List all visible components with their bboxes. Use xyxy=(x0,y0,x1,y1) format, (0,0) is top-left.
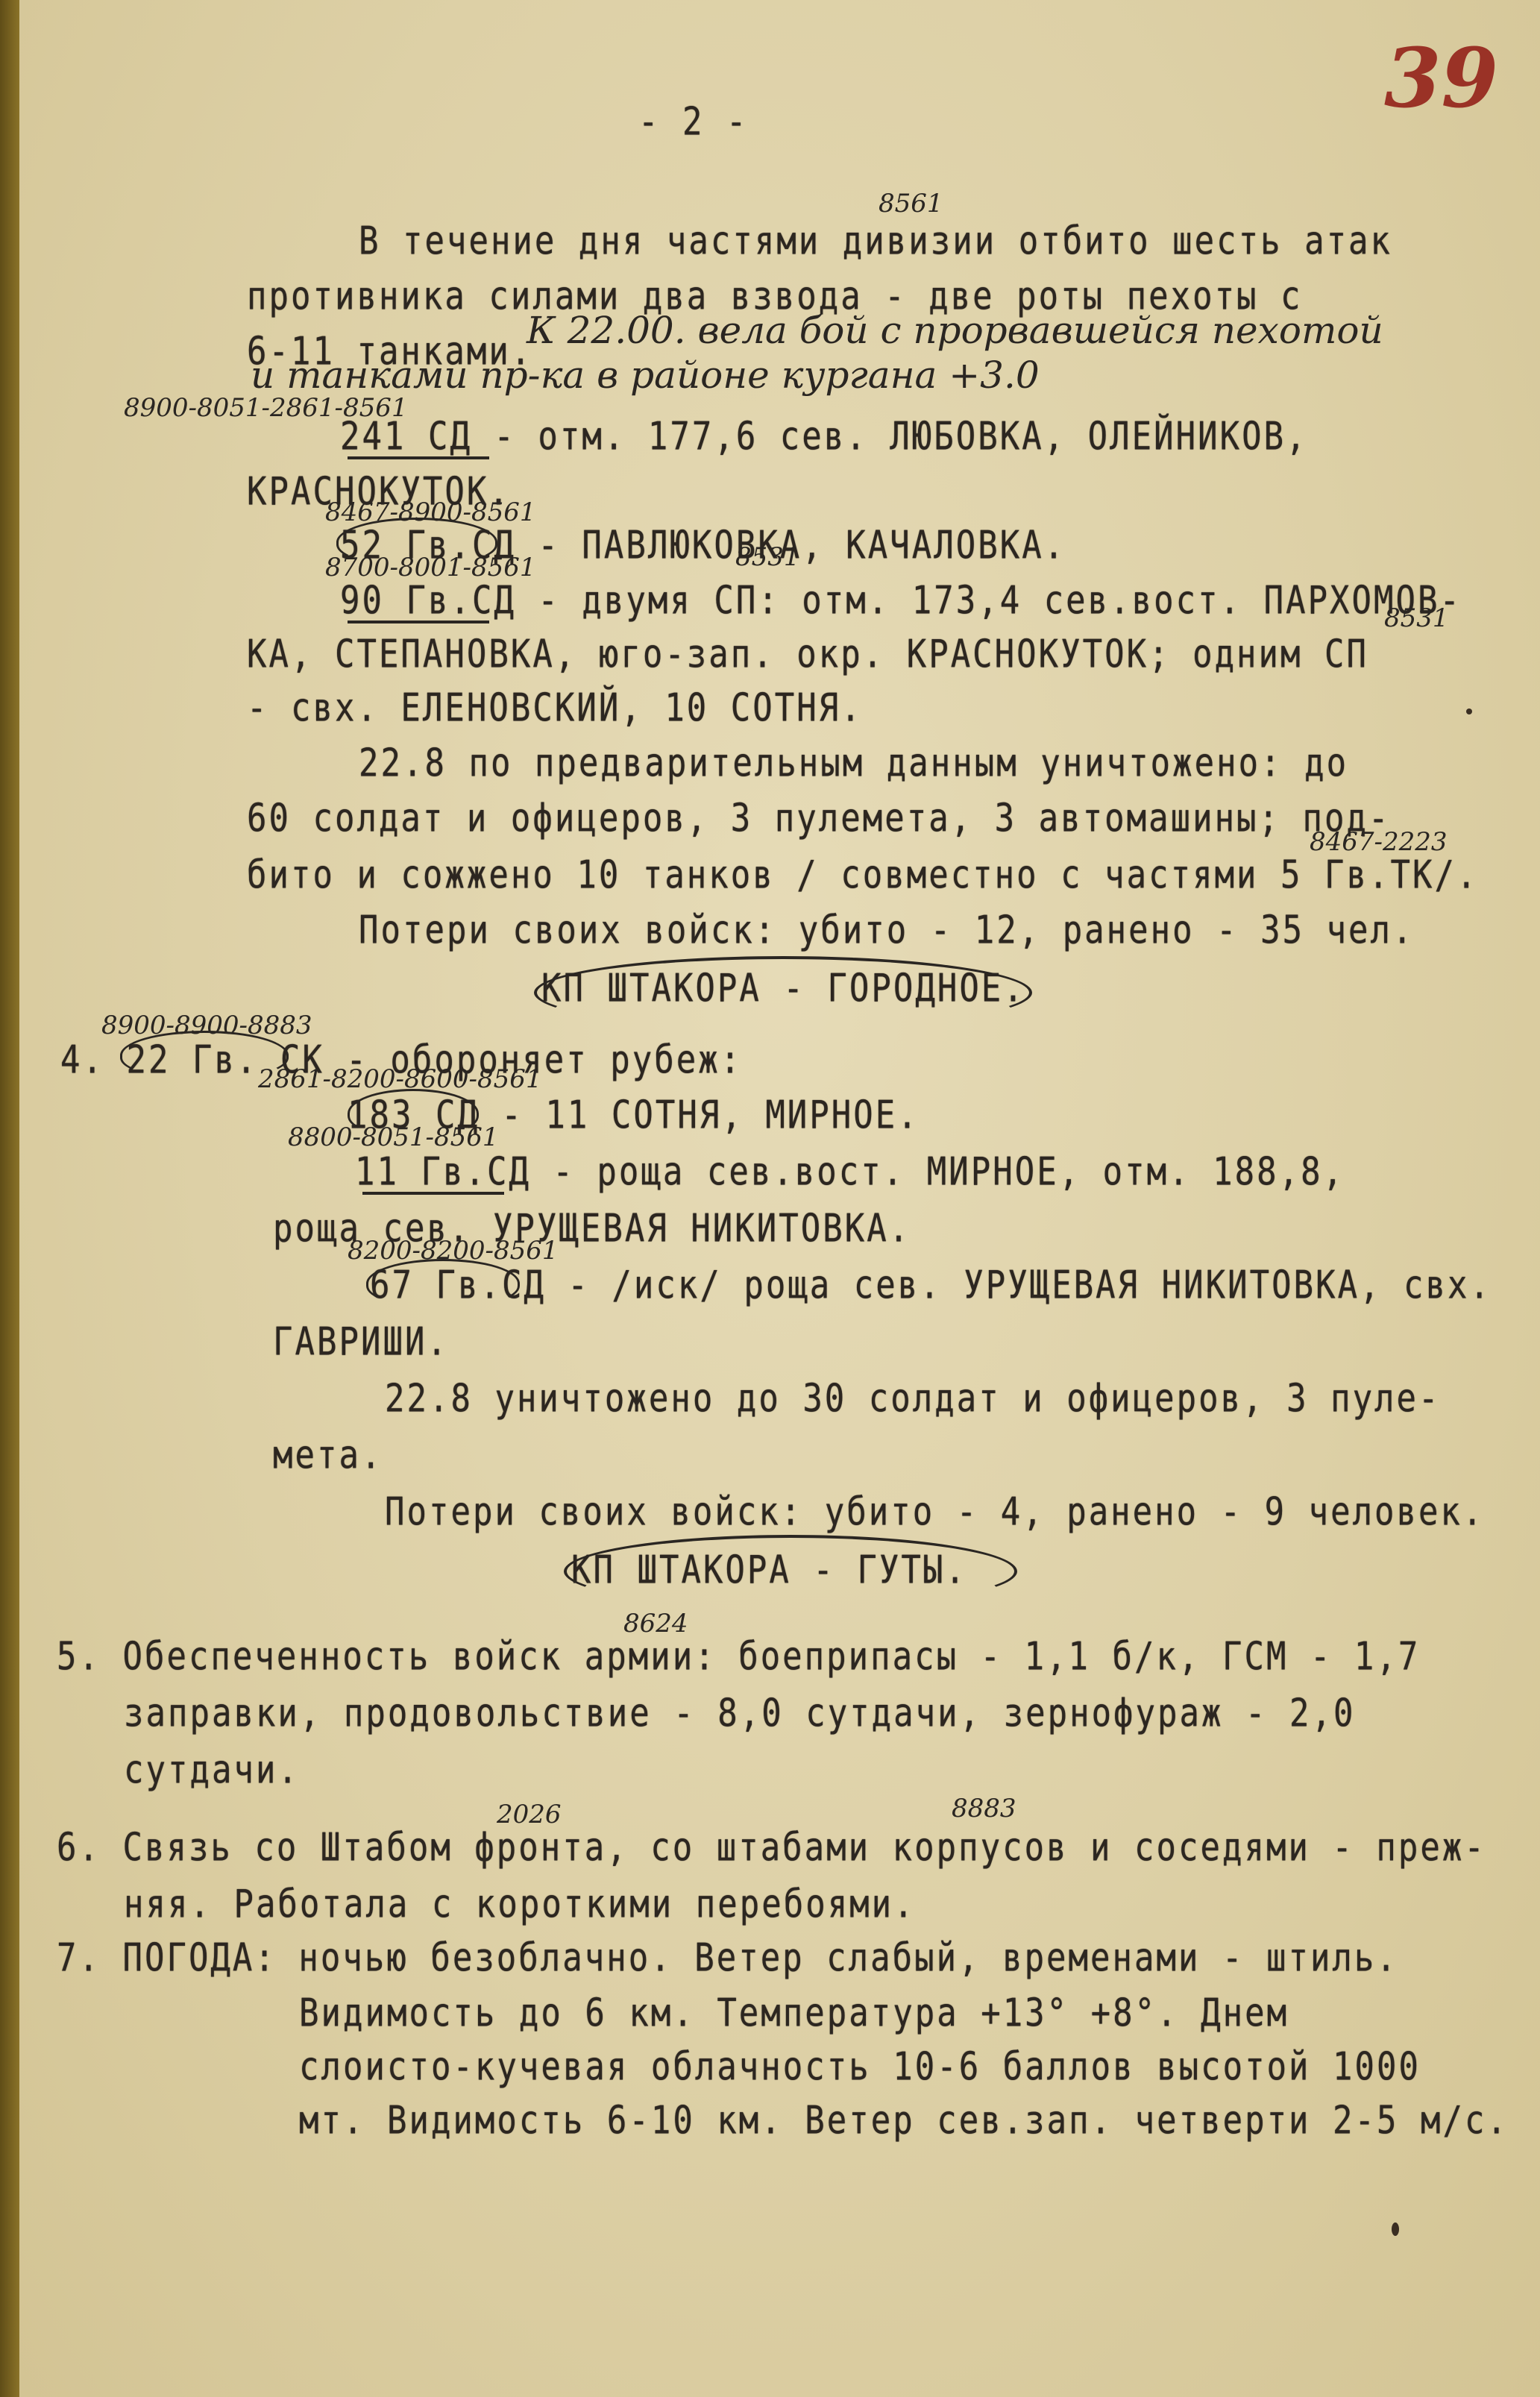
text-line: бито и сожжено 10 танков / совместно с ч… xyxy=(247,856,1478,895)
handwritten-code: 8624 xyxy=(623,1611,688,1636)
command-post-circle-mark xyxy=(534,956,1032,1029)
text-line: ГАВРИШИ. xyxy=(273,1323,449,1362)
text-line: В течение дня частями дивизии отбито шес… xyxy=(359,222,1392,261)
text-line: слоисто-кучевая облачность 10-6 баллов в… xyxy=(299,2048,1421,2087)
text-line: мт. Видимость 6-10 км. Ветер сев.зап. че… xyxy=(299,2102,1509,2140)
text-line: Потери своих войск: убито - 12, ранено -… xyxy=(359,911,1415,950)
handwritten-code: 8467-2223 xyxy=(1310,829,1448,855)
text-line: 67 Гв.СД - /иск/ роща сев. УРУЩЕВАЯ НИКИ… xyxy=(370,1266,1492,1305)
handwritten-code: 8700-8001-8561 xyxy=(325,555,536,580)
handwritten-code: 8800-8051-8561 xyxy=(288,1125,499,1150)
text-line: мета. xyxy=(273,1436,383,1475)
paper-blemish xyxy=(1466,709,1472,714)
text-line: 22.8 по предварительным данным уничтожен… xyxy=(359,744,1348,783)
text-line: КА, СТЕПАНОВКА, юго-зап. окр. КРАСНОКУТО… xyxy=(247,635,1368,674)
unit-underline xyxy=(348,621,489,623)
text-line: 241 СД - отм. 177,6 сев. ЛЮБОВКА, ОЛЕЙНИ… xyxy=(340,418,1308,456)
handwritten-code: 8561 xyxy=(879,191,943,216)
section-5-line: 5. Обеспеченность войск армии: боеприпас… xyxy=(57,1638,1420,1677)
text-line: - свх. ЕЛЕНОВСКИЙ, 10 СОТНЯ. xyxy=(247,689,863,728)
handwritten-code: 2861-8200-8600-8561 xyxy=(258,1066,542,1092)
document-page: 39 - 2 - 8561 В течение дня частями диви… xyxy=(19,0,1540,2397)
handwritten-code: 8531 xyxy=(735,544,800,570)
text-line: 60 солдат и офицеров, 3 пулемета, 3 авто… xyxy=(247,799,1391,838)
page-number: - 2 - xyxy=(638,103,748,142)
text-line: заправки, продовольствие - 8,0 сутдачи, … xyxy=(124,1694,1355,1733)
unit-underline xyxy=(362,1192,504,1195)
handwritten-code: 8531 xyxy=(1384,606,1449,631)
folio-number: 39 xyxy=(1384,30,1498,126)
page-binding-edge xyxy=(0,0,19,2397)
command-post-circle-mark xyxy=(564,1535,1017,1608)
text-line: 90 Гв.СД - двумя СП: отм. 173,4 сев.вост… xyxy=(340,582,1462,621)
section-7-line: 7. ПОГОДА: ночью безоблачно. Ветер слабы… xyxy=(57,1939,1398,1978)
unit-circle-mark xyxy=(366,1259,520,1308)
paper-blemish xyxy=(1392,2222,1399,2236)
section-6-line: 6. Связь со Штабом фронта, со штабами ко… xyxy=(57,1829,1486,1867)
text-line: сутдачи. xyxy=(124,1751,300,1790)
unit-underline xyxy=(348,456,489,459)
text-line: няя. Работала с короткими перебоями. xyxy=(124,1885,916,1924)
text-line: 11 Гв.СД - роща сев.вост. МИРНОЕ, отм. 1… xyxy=(355,1153,1345,1192)
handwritten-note: и танками пр-ка в районе кургана +3.0 xyxy=(251,356,1040,394)
text-line: Видимость до 6 км. Температура +13° +8°.… xyxy=(299,1994,1289,2033)
handwritten-code: 2026 xyxy=(497,1802,562,1827)
handwritten-code: 8883 xyxy=(952,1796,1016,1821)
text-line: 22.8 уничтожено до 30 солдат и офицеров,… xyxy=(385,1380,1441,1419)
text-line: Потери своих войск: убито - 4, ранено - … xyxy=(385,1493,1485,1532)
handwritten-note: К 22.00. вела бой с прорвавшейся пехотой xyxy=(527,312,1383,349)
